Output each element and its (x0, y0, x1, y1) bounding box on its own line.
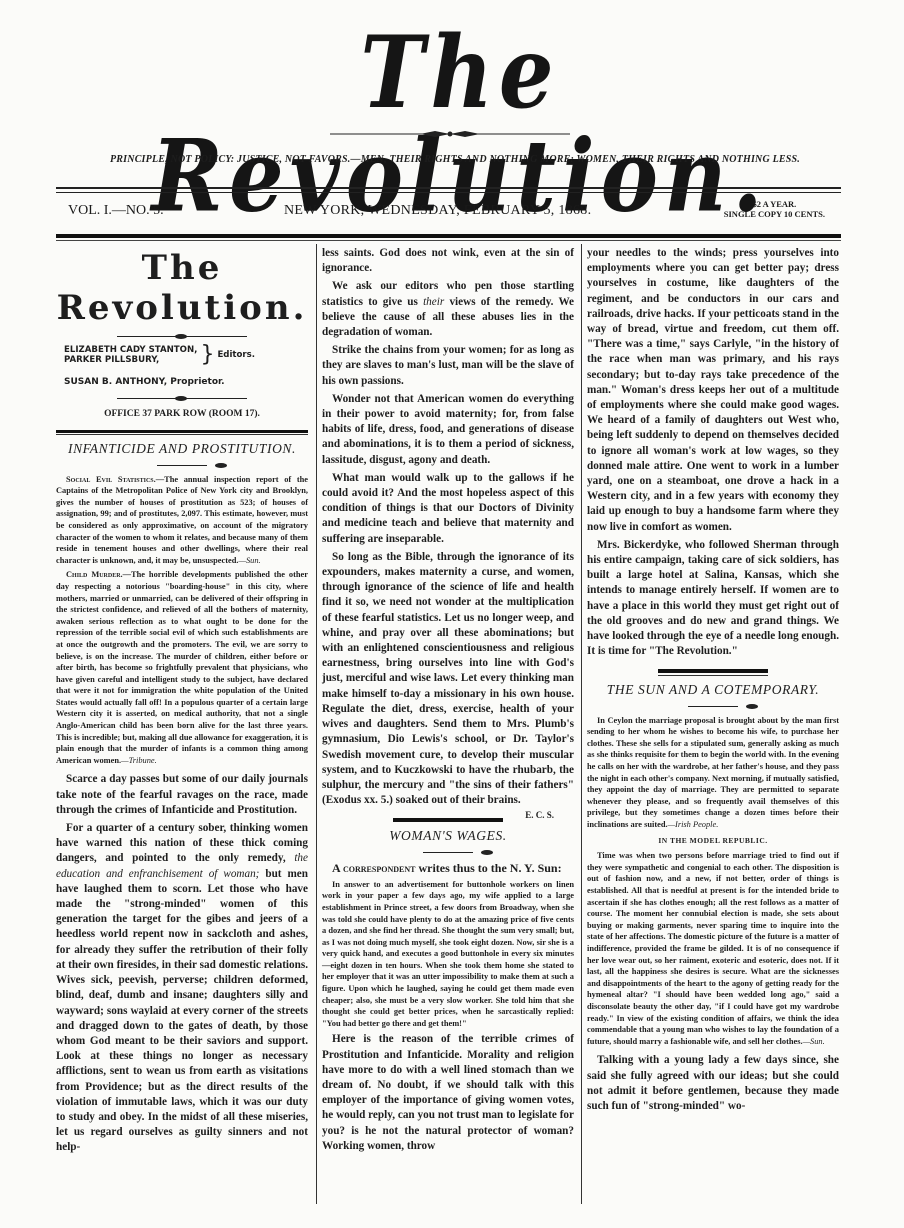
article-paragraph: In Ceylon the marriage proposal is broug… (587, 715, 839, 831)
column-divider (581, 244, 582, 1204)
article-paragraph: Mrs. Bickerdyke, who followed Sherman th… (587, 538, 839, 660)
volume-number: VOL. I.—NO. 5. (68, 203, 164, 219)
paragraph-lead: A correspondent (332, 861, 415, 875)
column-3: your needles to the winds; press yoursel… (587, 246, 839, 1117)
article-paragraph: Talking with a young lady a few days sin… (587, 1053, 839, 1114)
column-1: The Revolution. ELIZABETH CADY STANTON, … (56, 246, 308, 1159)
price-single: SINGLE COPY 10 CENTS. (724, 209, 825, 219)
subscription-price: $2 A YEAR. SINGLE COPY 10 CENTS. (724, 199, 825, 219)
paragraph-text: Time was when two persons before marriag… (587, 851, 839, 1046)
emphasis-text: their (423, 296, 444, 308)
divider-rule-thin (658, 675, 768, 676)
article-paragraph: Here is the reason of the terrible crime… (322, 1032, 574, 1154)
paragraph-lead: Child Murder. (66, 570, 123, 579)
nameplate-title: The Revolution. (56, 248, 308, 328)
ornament-rule-icon (330, 131, 570, 137)
article-paragraph: So long as the Bible, through the ignora… (322, 550, 574, 808)
masthead-motto: PRINCIPLE, NOT POLICY: JUSTICE, NOT FAVO… (40, 154, 870, 165)
ornament-rule-icon (423, 852, 473, 853)
source-attribution: —Sun. (239, 556, 261, 565)
brace-icon: } (200, 350, 214, 360)
article-paragraph: Wonder not that American women do everyt… (322, 392, 574, 468)
paragraph-text: —The annual inspection report of the Cap… (56, 475, 308, 565)
article-heading: INFANTICIDE AND PROSTITUTION. (56, 441, 308, 456)
article-paragraph: Social Evil Statistics.—The annual inspe… (56, 474, 308, 567)
proprietor: SUSAN B. ANTHONY, Proprietor. (64, 375, 308, 390)
source-attribution: —Sun. (803, 1037, 825, 1046)
article-paragraph: In answer to an advertisement for button… (322, 879, 574, 1030)
paragraph-text: In Ceylon the marriage proposal is broug… (587, 716, 839, 829)
masthead-title: The Revolution. (60, 22, 860, 229)
divider-rule-heavy (393, 818, 503, 822)
sub-heading: IN THE MODEL REPUBLIC. (587, 835, 839, 847)
issue-date: NEW YORK, WEDNESDAY, FEBRUARY 5, 1868. (284, 203, 591, 219)
paragraph-lead: Social Evil Statistics. (66, 475, 156, 484)
paragraph-text: So long as the Bible, through the ignora… (322, 551, 574, 806)
article-paragraph: your needles to the winds; press yoursel… (587, 246, 839, 535)
editors-label: Editors. (217, 350, 255, 360)
ornament-rule-icon (157, 465, 207, 466)
column-2: less saints. God does not wink, even at … (322, 246, 574, 1157)
article-paragraph: What man would walk up to the gallows if… (322, 471, 574, 547)
editor-name: PARKER PILLSBURY, (64, 355, 197, 365)
paragraph-text: writes thus to the N. Y. Sun: (418, 861, 561, 875)
divider-rule (56, 187, 841, 193)
article-paragraph: Time was when two persons before marriag… (587, 850, 839, 1047)
paragraph-text: but men have laughed them to scorn. Let … (56, 868, 308, 1154)
source-attribution: —Tribune. (121, 756, 157, 765)
divider-rule-heavy (56, 234, 841, 238)
quoted-excerpts: Social Evil Statistics.—The annual inspe… (56, 474, 308, 767)
divider-rule-thin (56, 434, 308, 435)
source-attribution: —Irish People. (668, 820, 719, 829)
dateline: VOL. I.—NO. 5. NEW YORK, WEDNESDAY, FEBR… (56, 199, 841, 225)
ornament-rule-icon (117, 336, 247, 337)
author-signature: E. C. S. (515, 808, 554, 823)
office-address: OFFICE 37 PARK ROW (ROOM 17). (56, 407, 308, 422)
ornament-rule-icon (688, 706, 738, 707)
quoted-letter: In answer to an advertisement for button… (322, 879, 574, 1030)
paragraph-text: For a quarter of a century sober, thinki… (56, 822, 308, 864)
article-paragraph: A correspondent writes thus to the N. Y.… (322, 861, 574, 876)
paragraph-text: —The horrible developments published the… (56, 570, 308, 765)
column-divider (316, 244, 317, 1204)
article-heading: WOMAN'S WAGES. (322, 828, 574, 843)
editors-block: ELIZABETH CADY STANTON, PARKER PILLSBURY… (64, 345, 308, 365)
quoted-excerpts: In Ceylon the marriage proposal is broug… (587, 715, 839, 1048)
editor-name: ELIZABETH CADY STANTON, (64, 345, 197, 355)
divider-rule-heavy (658, 669, 768, 673)
divider-rule-thin (56, 240, 841, 241)
article-paragraph: For a quarter of a century sober, thinki… (56, 821, 308, 1155)
article-paragraph: less saints. God does not wink, even at … (322, 246, 574, 276)
article-paragraph: Scarce a day passes but some of our dail… (56, 772, 308, 818)
ornament-rule-icon (117, 398, 247, 399)
newspaper-page: The Revolution. PRINCIPLE, NOT POLICY: J… (0, 0, 904, 1228)
article-paragraph: We ask our editors who pen those startli… (322, 279, 574, 340)
article-heading: THE SUN AND A COTEMPORARY. (587, 682, 839, 697)
article-paragraph: Strike the chains from your women; for a… (322, 343, 574, 389)
article-paragraph: Child Murder.—The horrible developments … (56, 569, 308, 766)
divider-rule-heavy (56, 430, 308, 433)
price-year: $2 A YEAR. (724, 199, 825, 209)
